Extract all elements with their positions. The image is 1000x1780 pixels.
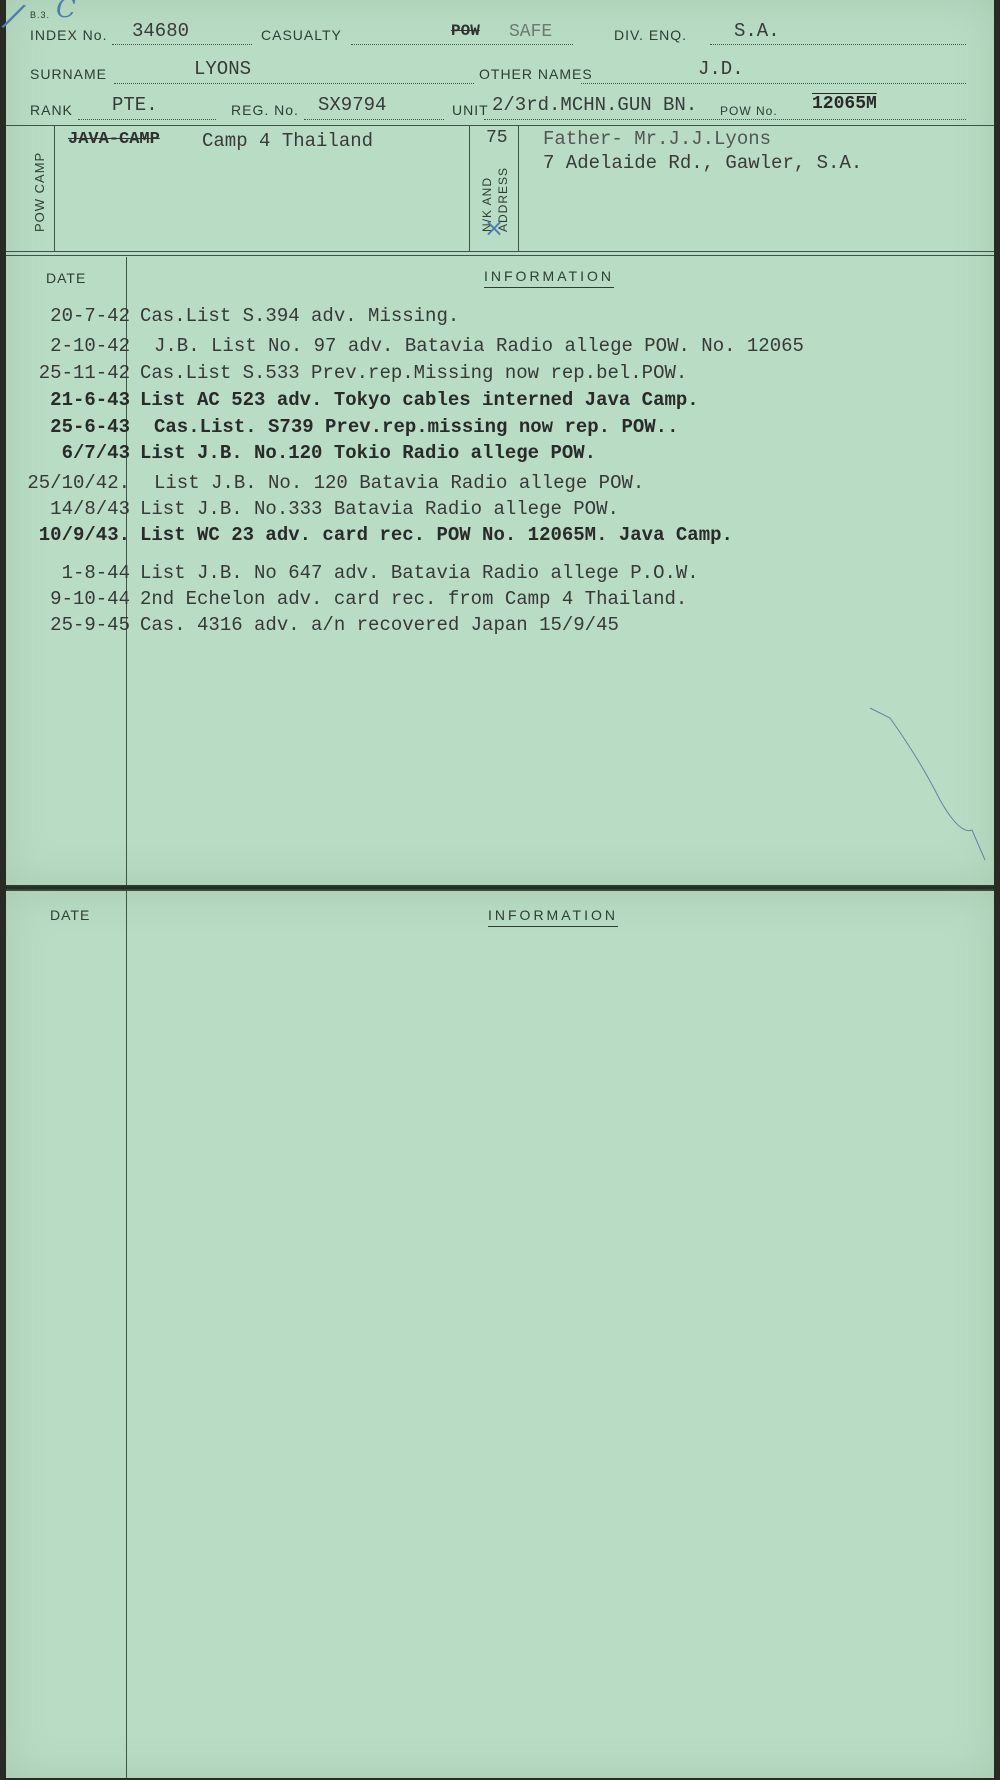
nok-number: 75: [486, 128, 508, 148]
row-date: 9-10-44: [18, 588, 130, 610]
pow-no-label: POW No.: [720, 104, 778, 118]
divider: [6, 255, 994, 256]
pow-camp-label: POW CAMP: [32, 152, 47, 232]
surname-label: SURNAME: [30, 66, 107, 82]
date-header: DATE: [46, 270, 86, 286]
handwritten-x-mark: ×: [484, 214, 504, 242]
row-date: 14/8/43: [18, 498, 130, 520]
index-dots: [112, 44, 252, 45]
nok-line-1: Father- Mr.J.J.Lyons: [543, 128, 771, 150]
unit-dots: [484, 119, 966, 120]
casualty-value: SAFE: [509, 22, 552, 42]
div-enq-label: DIV. ENQ.: [614, 27, 687, 43]
divider: [6, 251, 994, 252]
divider: [6, 125, 994, 126]
unit-label: UNIT: [452, 102, 489, 118]
casualty-label: CASUALTY: [261, 27, 342, 43]
rank-label: RANK: [30, 102, 73, 118]
other-names-label: OTHER NAMES: [479, 66, 593, 82]
casualty-card-continuation: DATE INFORMATION: [6, 889, 994, 1778]
rank-value: PTE.: [112, 94, 158, 116]
row-info: List AC 523 adv. Tokyo cables interned J…: [140, 389, 699, 411]
index-value: 34680: [132, 20, 189, 42]
row-date: 10/9/43.: [18, 524, 130, 546]
row-info: Cas.List S.533 Prev.rep.Missing now rep.…: [140, 362, 687, 384]
handwritten-mark: C: [56, 0, 76, 24]
surname-dots: [114, 83, 474, 84]
pow-no-value: 12065M: [812, 94, 877, 114]
reg-no-value: SX9794: [318, 94, 386, 116]
row-info: Cas.List S.394 adv. Missing.: [140, 305, 459, 327]
row-date: 1-8-44: [18, 562, 130, 584]
info-header: INFORMATION: [484, 268, 614, 284]
row-info: List J.B. No. 120 Batavia Radio allege P…: [154, 472, 644, 494]
handwritten-slash: /: [2, 0, 25, 37]
card-ref: B.3.: [30, 10, 50, 20]
unit-value: 2/3rd.MCHN.GUN BN.: [492, 94, 697, 116]
divider: [518, 125, 519, 251]
info-header: INFORMATION: [488, 907, 618, 923]
div-enq-dots: [710, 44, 966, 45]
row-date: 21-6-43: [18, 389, 130, 411]
other-names-value: J.D.: [698, 58, 744, 80]
row-info: Cas.List. S739 Prev.rep.missing now rep.…: [154, 416, 679, 438]
row-info: Cas. 4316 adv. a/n recovered Japan 15/9/…: [140, 614, 619, 636]
pow-camp-struck: JAVA-CAMP: [68, 130, 160, 149]
nok-line-2: 7 Adelaide Rd., Gawler, S.A.: [543, 152, 862, 174]
date-column-divider: [126, 891, 127, 1778]
row-info: List J.B. No.120 Tokio Radio allege POW.: [140, 442, 596, 464]
row-info: 2nd Echelon adv. card rec. from Camp 4 T…: [140, 588, 687, 610]
row-info: List J.B. No 647 adv. Batavia Radio alle…: [140, 562, 699, 584]
date-header: DATE: [50, 907, 90, 923]
row-date: 25/10/42.: [18, 472, 130, 494]
casualty-dots: [351, 44, 573, 45]
row-info: List J.B. No.333 Batavia Radio allege PO…: [140, 498, 619, 520]
row-date: 25-9-45: [18, 614, 130, 636]
casualty-card-front: / B.3. C INDEX No. 34680 CASUALTY POW SA…: [6, 0, 994, 887]
index-label: INDEX No.: [30, 27, 107, 43]
other-names-dots: [581, 83, 966, 84]
divider: [469, 125, 470, 251]
rank-dots: [78, 119, 216, 120]
pencil-stroke: [860, 700, 990, 860]
surname-value: LYONS: [194, 58, 251, 80]
reg-no-dots: [304, 119, 444, 120]
row-info: List WC 23 adv. card rec. POW No. 12065M…: [140, 524, 733, 546]
pow-camp-value: Camp 4 Thailand: [202, 130, 373, 152]
row-date: 6/7/43: [18, 442, 130, 464]
row-date: 2-10-42: [18, 335, 130, 357]
row-date: 25-6-43: [18, 416, 130, 438]
casualty-struck-value: POW: [451, 22, 480, 40]
row-info: J.B. List No. 97 adv. Batavia Radio alle…: [154, 335, 804, 357]
divider: [54, 125, 55, 251]
row-date: 20-7-42: [18, 305, 130, 327]
reg-no-label: REG. No.: [231, 102, 299, 118]
div-enq-value: S.A.: [734, 20, 780, 42]
row-date: 25-11-42: [18, 362, 130, 384]
